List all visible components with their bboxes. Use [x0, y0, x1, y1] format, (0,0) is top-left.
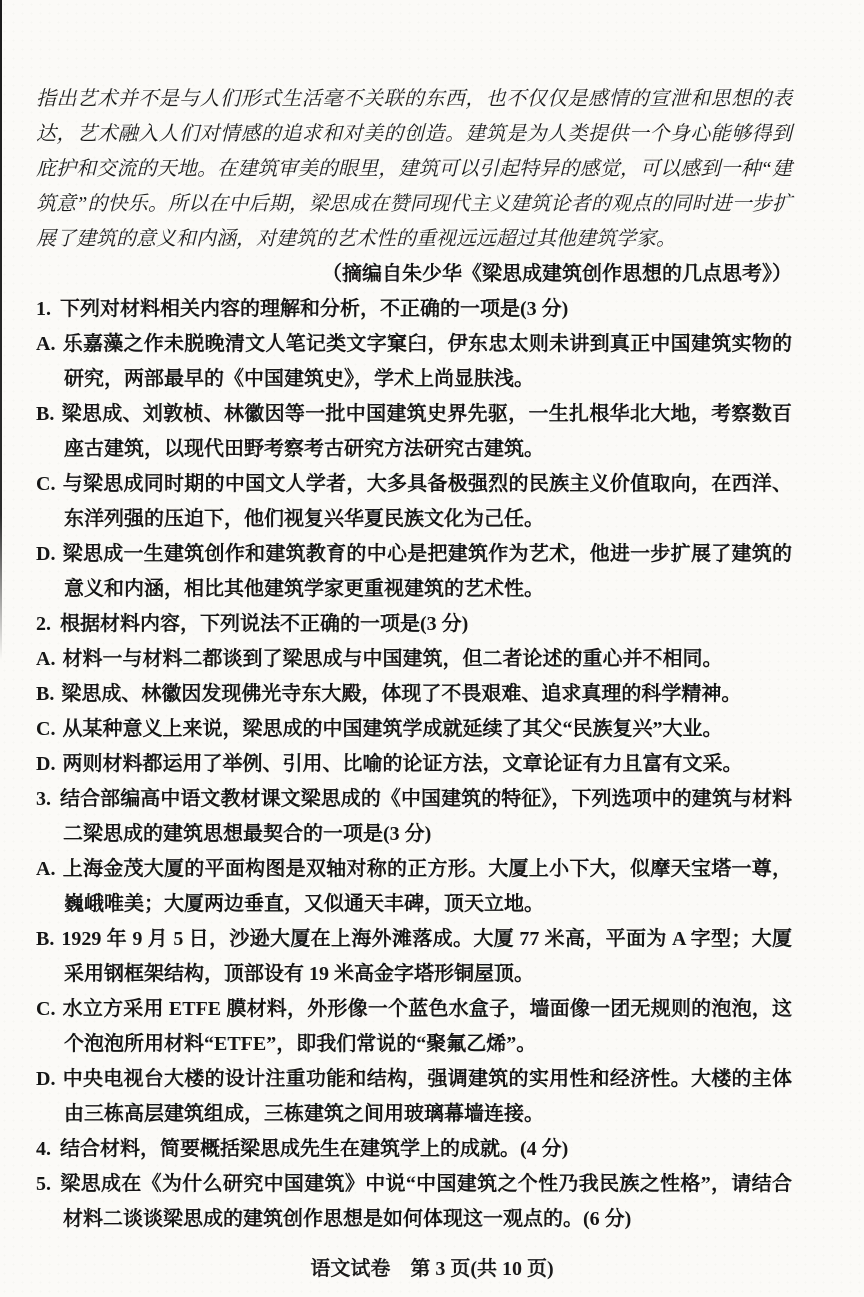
question-4-number: 4.	[36, 1138, 51, 1160]
question-3-option-b: B.1929 年 9 月 5 日，沙逊大厦在上海外滩落成。大厦 77 米高，平面…	[36, 922, 792, 992]
question-1-number: 1.	[36, 298, 51, 320]
option-text: 乐嘉藻之作未脱晚清文人笔记类文字窠臼，伊东忠太则未讲到真正中国建筑实物的研究，两…	[62, 333, 792, 390]
option-label: D.	[36, 543, 55, 565]
question-3-number: 3.	[36, 788, 51, 810]
option-label: C.	[36, 718, 55, 740]
question-2-stem-text: 根据材料内容，下列说法不正确的一项是(3 分)	[60, 613, 468, 635]
question-2-number: 2.	[36, 613, 51, 635]
option-text: 梁思成、林徽因发现佛光寺东大殿，体现了不畏艰难、追求真理的科学精神。	[61, 683, 741, 705]
question-3-option-c: C.水立方采用 ETFE 膜材料，外形像一个蓝色水盒子，墙面像一团无规则的泡泡，…	[36, 992, 792, 1062]
option-text: 梁思成一生建筑创作和建筑教育的中心是把建筑作为艺术，他进一步扩展了建筑的意义和内…	[62, 543, 792, 600]
question-1-option-b: B.梁思成、刘敦桢、林徽因等一批中国建筑史界先驱，一生扎根华北大地，考察数百座古…	[36, 397, 792, 467]
exam-paper-page: 指出艺术并不是与人们形式生活毫不关联的东西，也不仅仅是感情的宣泄和思想的表达，艺…	[0, 0, 864, 1297]
option-text: 水立方采用 ETFE 膜材料，外形像一个蓝色水盒子，墙面像一团无规则的泡泡，这个…	[62, 998, 792, 1055]
question-3-stem-text: 结合部编高中语文教材课文梁思成的《中国建筑的特征》，下列选项中的建筑与材料二梁思…	[60, 788, 792, 845]
option-label: A.	[36, 858, 55, 880]
option-text: 从某种意义上来说，梁思成的中国建筑学成就延续了其父“民族复兴”大业。	[62, 718, 722, 740]
question-3-option-d: D.中央电视台大楼的设计注重功能和结构，强调建筑的实用性和经济性。大楼的主体由三…	[36, 1062, 792, 1132]
question-1-stem: 1.下列对材料相关内容的理解和分析，不正确的一项是(3 分)	[36, 292, 792, 327]
question-2-option-a: A.材料一与材料二都谈到了梁思成与中国建筑，但二者论述的重心并不相同。	[36, 642, 792, 677]
option-label: A.	[36, 648, 55, 670]
option-text: 梁思成、刘敦桢、林徽因等一批中国建筑史界先驱，一生扎根华北大地，考察数百座古建筑…	[61, 403, 792, 460]
question-5: 5.梁思成在《为什么研究中国建筑》中说“中国建筑之个性乃我民族之性格”，请结合材…	[36, 1167, 792, 1237]
option-label: D.	[36, 753, 55, 775]
question-1-option-a: A.乐嘉藻之作未脱晚清文人笔记类文字窠臼，伊东忠太则未讲到真正中国建筑实物的研究…	[36, 327, 792, 397]
material-citation: （摘编自朱少华《梁思成建筑创作思想的几点思考》）	[36, 257, 792, 292]
question-1-option-d: D.梁思成一生建筑创作和建筑教育的中心是把建筑作为艺术，他进一步扩展了建筑的意义…	[36, 537, 792, 607]
option-text: 两则材料都运用了举例、引用、比喻的论证方法，文章论证有力且富有文采。	[62, 753, 742, 775]
question-5-stem: 5.梁思成在《为什么研究中国建筑》中说“中国建筑之个性乃我民族之性格”，请结合材…	[36, 1167, 792, 1237]
option-text: 中央电视台大楼的设计注重功能和结构，强调建筑的实用性和经济性。大楼的主体由三栋高…	[62, 1068, 792, 1125]
question-2-option-c: C.从某种意义上来说，梁思成的中国建筑学成就延续了其父“民族复兴”大业。	[36, 712, 792, 747]
option-label: C.	[36, 473, 55, 495]
option-label: A.	[36, 333, 55, 355]
question-4: 4.结合材料，简要概括梁思成先生在建筑学上的成就。(4 分)	[36, 1132, 792, 1167]
option-label: D.	[36, 1068, 55, 1090]
option-label: B.	[36, 928, 54, 950]
page-footer-text: 语文试卷 第 3 页(共 10 页)	[310, 1258, 553, 1280]
question-2-stem: 2.根据材料内容，下列说法不正确的一项是(3 分)	[36, 607, 792, 642]
option-label: C.	[36, 998, 55, 1020]
question-1-option-c: C.与梁思成同时期的中国文人学者，大多具备极强烈的民族主义价值取向，在西洋、东洋…	[36, 467, 792, 537]
page-footer: 语文试卷 第 3 页(共 10 页)	[0, 1252, 864, 1281]
question-1-stem-text: 下列对材料相关内容的理解和分析，不正确的一项是(3 分)	[60, 298, 568, 320]
option-text: 与梁思成同时期的中国文人学者，大多具备极强烈的民族主义价值取向，在西洋、东洋列强…	[62, 473, 792, 530]
option-label: B.	[36, 683, 54, 705]
question-1: 1.下列对材料相关内容的理解和分析，不正确的一项是(3 分) A.乐嘉藻之作未脱…	[36, 292, 792, 607]
option-text: 1929 年 9 月 5 日，沙逊大厦在上海外滩落成。大厦 77 米高，平面为 …	[61, 928, 792, 985]
question-5-number: 5.	[36, 1173, 51, 1195]
page-content: 指出艺术并不是与人们形式生活毫不关联的东西，也不仅仅是感情的宣泄和思想的表达，艺…	[36, 82, 792, 1237]
question-4-stem: 4.结合材料，简要概括梁思成先生在建筑学上的成就。(4 分)	[36, 1132, 792, 1167]
question-4-stem-text: 结合材料，简要概括梁思成先生在建筑学上的成就。(4 分)	[60, 1138, 568, 1160]
option-label: B.	[36, 403, 54, 425]
material-paragraph: 指出艺术并不是与人们形式生活毫不关联的东西，也不仅仅是感情的宣泄和思想的表达，艺…	[36, 82, 792, 257]
question-3-option-a: A.上海金茂大厦的平面构图是双轴对称的正方形。大厦上小下大，似摩天宝塔一尊，巍峨…	[36, 852, 792, 922]
question-2-option-d: D.两则材料都运用了举例、引用、比喻的论证方法，文章论证有力且富有文采。	[36, 747, 792, 782]
question-2: 2.根据材料内容，下列说法不正确的一项是(3 分) A.材料一与材料二都谈到了梁…	[36, 607, 792, 782]
question-3: 3.结合部编高中语文教材课文梁思成的《中国建筑的特征》，下列选项中的建筑与材料二…	[36, 782, 792, 1132]
scan-edge-artifact	[0, 0, 2, 660]
option-text: 材料一与材料二都谈到了梁思成与中国建筑，但二者论述的重心并不相同。	[62, 648, 722, 670]
question-3-stem: 3.结合部编高中语文教材课文梁思成的《中国建筑的特征》，下列选项中的建筑与材料二…	[36, 782, 792, 852]
question-5-stem-text: 梁思成在《为什么研究中国建筑》中说“中国建筑之个性乃我民族之性格”，请结合材料二…	[60, 1173, 792, 1230]
option-text: 上海金茂大厦的平面构图是双轴对称的正方形。大厦上小下大，似摩天宝塔一尊，巍峨唯美…	[62, 858, 792, 915]
question-2-option-b: B.梁思成、林徽因发现佛光寺东大殿，体现了不畏艰难、追求真理的科学精神。	[36, 677, 792, 712]
